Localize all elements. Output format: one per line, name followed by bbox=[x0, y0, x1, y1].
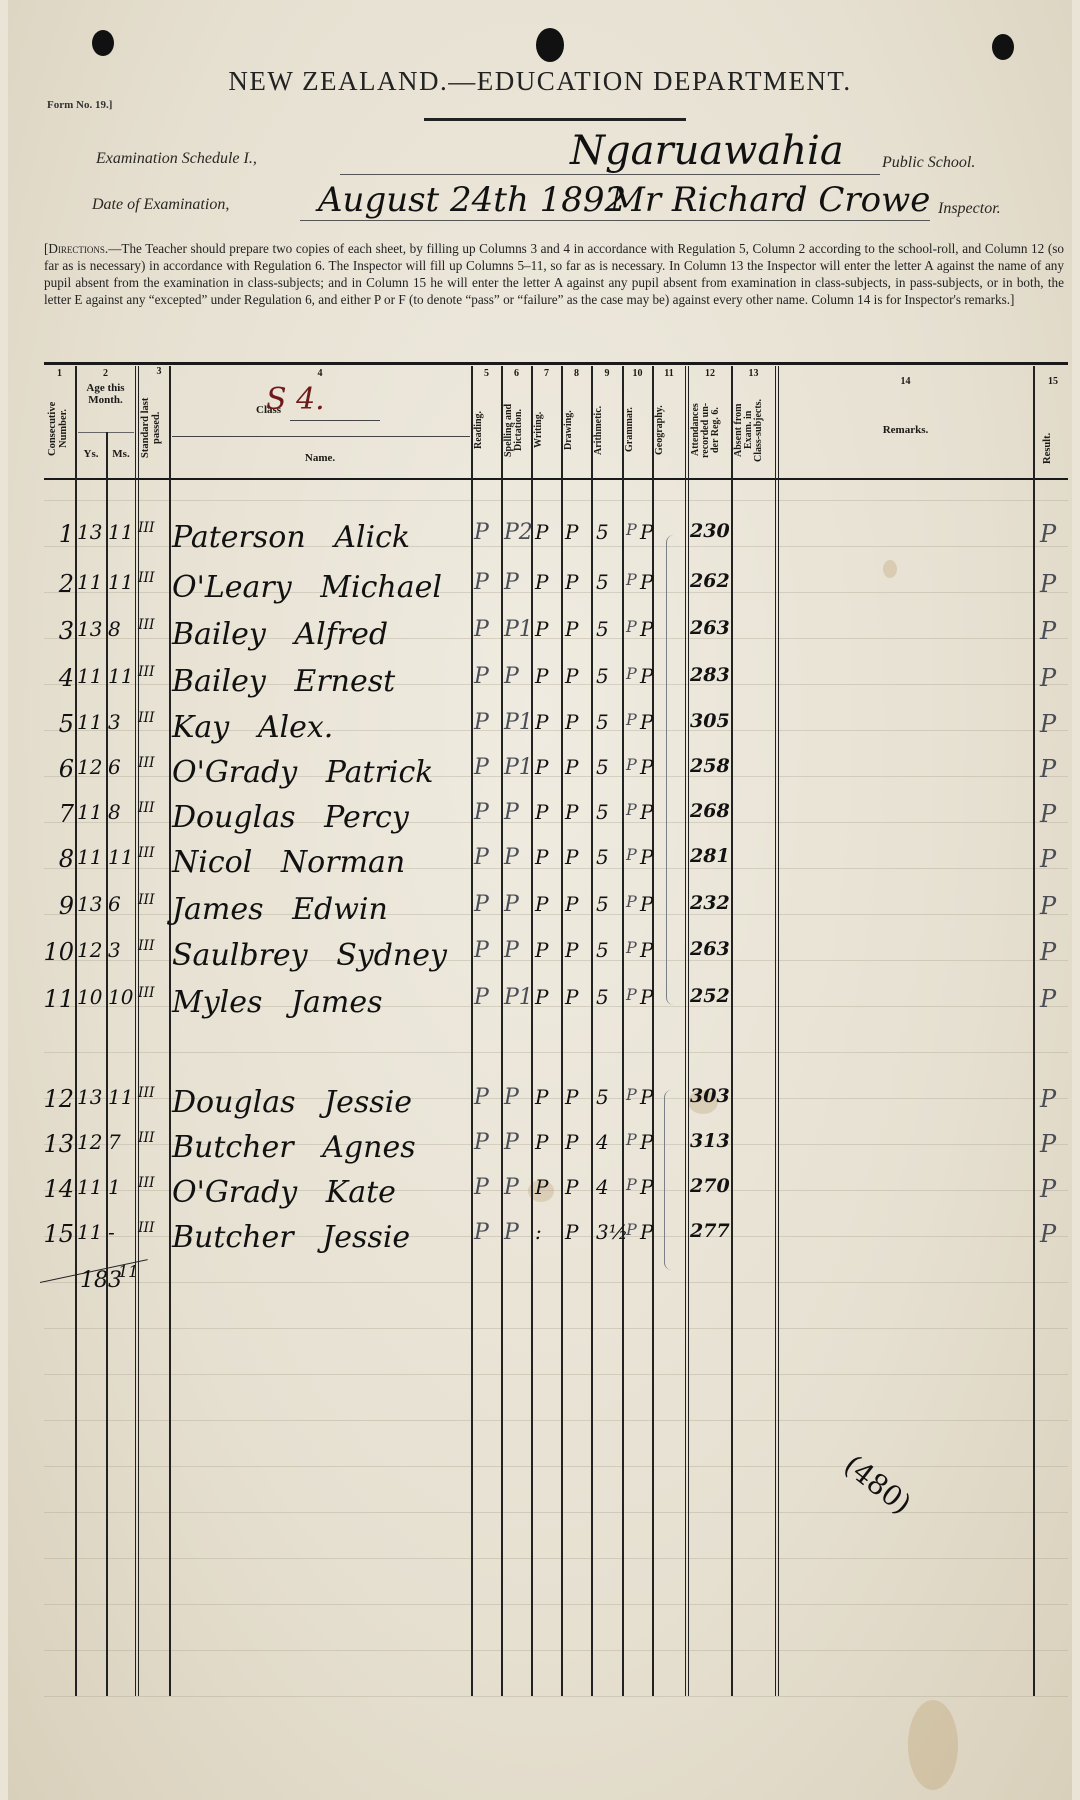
cell-arithmetic: 5 bbox=[596, 1085, 622, 1109]
directions-body: —The Teacher should prepare two copies o… bbox=[44, 241, 1064, 307]
cell-drawing: P bbox=[565, 985, 591, 1009]
date-line bbox=[300, 220, 930, 221]
cell-ms: - bbox=[108, 1220, 134, 1244]
col-divider-11 bbox=[685, 366, 689, 1696]
schedule-label: Examination Schedule I., bbox=[96, 150, 257, 168]
cell-spelling: P bbox=[504, 892, 532, 917]
ruled-line bbox=[44, 500, 1068, 501]
cell-ms: 3 bbox=[108, 938, 134, 962]
cell-arithmetic: 5 bbox=[596, 570, 622, 594]
cell-ys: 11 bbox=[77, 710, 105, 734]
cell-arithmetic: 5 bbox=[596, 800, 622, 824]
cell-name: Myles James bbox=[172, 985, 472, 1020]
binder-hole-icon bbox=[92, 30, 114, 56]
cell-spelling: P bbox=[504, 570, 532, 595]
cell-writing: : bbox=[535, 1220, 561, 1244]
cell-std: III bbox=[138, 664, 168, 680]
cell-std: III bbox=[138, 985, 168, 1001]
cell-spelling: P bbox=[504, 938, 532, 963]
cell-ys: 12 bbox=[77, 1130, 105, 1154]
school-name-field: Ngaruawahia bbox=[570, 128, 844, 174]
cell-no: 8 bbox=[40, 845, 74, 873]
cell-std: III bbox=[138, 938, 168, 954]
col-divider-1 bbox=[75, 366, 77, 1696]
cell-geography: P bbox=[640, 755, 660, 779]
cell-attendances: 283 bbox=[690, 664, 732, 686]
cell-no: 3 bbox=[40, 617, 74, 645]
ruled-line bbox=[44, 1466, 1068, 1467]
col-divider-6 bbox=[531, 366, 533, 1696]
form-number: Form No. 19.] bbox=[47, 99, 112, 111]
cell-ms: 11 bbox=[108, 664, 134, 688]
cell-geography: P bbox=[640, 710, 660, 734]
cell-ms: 11 bbox=[108, 845, 134, 869]
cell-reading: P bbox=[474, 617, 502, 642]
cell-name: Nicol Norman bbox=[172, 845, 472, 880]
cell-ys: 12 bbox=[77, 938, 105, 962]
cell-drawing: P bbox=[565, 1220, 591, 1244]
cell-geography: P bbox=[640, 1220, 660, 1244]
class-name-divider bbox=[172, 436, 470, 437]
col-header-name: Name. bbox=[170, 452, 470, 464]
cell-result: P bbox=[1040, 1085, 1068, 1113]
col-divider-14 bbox=[1033, 366, 1035, 1696]
cell-arithmetic: 5 bbox=[596, 938, 622, 962]
cell-reading: P bbox=[474, 1175, 502, 1200]
cell-drawing: P bbox=[565, 520, 591, 544]
cell-no: 1 bbox=[40, 520, 74, 548]
col-divider-13 bbox=[775, 366, 779, 1696]
cell-arithmetic: 3½ bbox=[596, 1220, 622, 1244]
class-value-line bbox=[290, 420, 380, 421]
cell-reading: P bbox=[474, 664, 502, 689]
col-number-1: 1 bbox=[44, 368, 75, 379]
col-divider-9 bbox=[622, 366, 624, 1696]
cell-geography: P bbox=[640, 1085, 660, 1109]
ruled-line bbox=[44, 1374, 1068, 1375]
cell-spelling: P bbox=[504, 845, 532, 870]
cell-drawing: P bbox=[565, 617, 591, 641]
cell-arithmetic: 5 bbox=[596, 892, 622, 916]
col-header-10: Grammar. bbox=[625, 384, 650, 476]
cell-result: P bbox=[1040, 710, 1068, 738]
cell-reading: P bbox=[474, 938, 502, 963]
cell-ys: 11 bbox=[77, 845, 105, 869]
col-header-12: Attendances recorded un- der Reg. 6. bbox=[691, 384, 729, 476]
cell-std: III bbox=[138, 520, 168, 536]
exam-date-field: August 24th 1892 bbox=[318, 180, 626, 220]
cell-arithmetic: 5 bbox=[596, 845, 622, 869]
cell-ys: 11 bbox=[77, 1175, 105, 1199]
paper-stain bbox=[883, 560, 897, 578]
cell-std: III bbox=[138, 800, 168, 816]
cell-no: 15 bbox=[40, 1220, 74, 1248]
col-header-7: Writing. bbox=[534, 384, 559, 476]
cell-spelling: P bbox=[504, 1130, 532, 1155]
class-value-field: S 4. bbox=[266, 382, 325, 417]
cell-ms: 6 bbox=[108, 755, 134, 779]
cell-ys: 13 bbox=[77, 892, 105, 916]
cell-ys: 13 bbox=[77, 520, 105, 544]
cell-result: P bbox=[1040, 985, 1068, 1013]
cell-drawing: P bbox=[565, 800, 591, 824]
cell-arithmetic: 5 bbox=[596, 710, 622, 734]
cell-no: 12 bbox=[40, 1085, 74, 1113]
page-title: NEW ZEALAND.—EDUCATION DEPARTMENT. bbox=[0, 66, 1080, 97]
col-number-13: 13 bbox=[732, 368, 775, 379]
table-top-rule bbox=[44, 362, 1068, 365]
cell-attendances: 313 bbox=[690, 1130, 732, 1152]
cell-ms: 11 bbox=[108, 1085, 134, 1109]
col-number-12: 12 bbox=[689, 368, 731, 379]
cell-writing: P bbox=[535, 892, 561, 916]
cell-spelling: P1 bbox=[504, 755, 532, 780]
cell-result: P bbox=[1040, 570, 1068, 598]
col-header-remarks: Remarks. bbox=[778, 424, 1033, 436]
cell-spelling: P bbox=[504, 1220, 532, 1245]
col-number-9: 9 bbox=[592, 368, 622, 379]
cell-attendances: 281 bbox=[690, 845, 732, 867]
col-number-2: 2 bbox=[76, 368, 135, 379]
col-divider-5 bbox=[501, 366, 503, 1696]
cell-name: Douglas Percy bbox=[172, 800, 472, 835]
col-number-15: 15 bbox=[1036, 376, 1070, 387]
ruled-line bbox=[44, 1650, 1068, 1651]
cell-std: III bbox=[138, 617, 168, 633]
cell-attendances: 263 bbox=[690, 617, 732, 639]
col-number-6: 6 bbox=[502, 368, 531, 379]
cell-geography: P bbox=[640, 800, 660, 824]
cell-geography: P bbox=[640, 985, 660, 1009]
cell-result: P bbox=[1040, 520, 1068, 548]
cell-ys: 13 bbox=[77, 1085, 105, 1109]
col-header-8: Drawing. bbox=[564, 384, 589, 476]
cell-ms: 11 bbox=[108, 570, 134, 594]
cell-writing: P bbox=[535, 1130, 561, 1154]
cell-attendances: 268 bbox=[690, 800, 732, 822]
cell-std: III bbox=[138, 845, 168, 861]
paper-stain bbox=[908, 1700, 958, 1790]
cell-arithmetic: 5 bbox=[596, 520, 622, 544]
cell-attendances: 270 bbox=[690, 1175, 732, 1197]
cell-ys: 11 bbox=[77, 1220, 105, 1244]
cell-reading: P bbox=[474, 1130, 502, 1155]
cell-no: 14 bbox=[40, 1175, 74, 1203]
cell-no: 9 bbox=[40, 892, 74, 920]
cell-ms: 1 bbox=[108, 1175, 134, 1199]
ruled-line bbox=[44, 1696, 1068, 1697]
cell-no: 5 bbox=[40, 710, 74, 738]
cell-attendances: 303 bbox=[690, 1085, 732, 1107]
col-header-11: Geography. bbox=[655, 384, 683, 476]
date-label: Date of Examination, bbox=[92, 196, 229, 214]
cell-writing: P bbox=[535, 1175, 561, 1199]
cell-writing: P bbox=[535, 755, 561, 779]
cell-ys: 10 bbox=[77, 985, 105, 1009]
cell-drawing: P bbox=[565, 1130, 591, 1154]
cell-no: 10 bbox=[40, 938, 74, 966]
cell-writing: P bbox=[535, 617, 561, 641]
col-header-age: Age this Month. bbox=[76, 382, 135, 406]
header-bottom-rule bbox=[44, 478, 1068, 480]
cell-ys: 11 bbox=[77, 800, 105, 824]
ruled-line bbox=[44, 1604, 1068, 1605]
cell-name: O'Grady Kate bbox=[172, 1175, 472, 1210]
cell-ms: 10 bbox=[108, 985, 134, 1009]
cell-reading: P bbox=[474, 710, 502, 735]
cell-name: O'Leary Michael bbox=[172, 570, 472, 605]
cell-name: Kay Alex. bbox=[172, 710, 472, 745]
col-header-age-years: Ys. bbox=[76, 448, 106, 460]
col-header-age-months: Ms. bbox=[107, 448, 135, 460]
cell-arithmetic: 5 bbox=[596, 617, 622, 641]
col-divider-4 bbox=[471, 366, 473, 1696]
cell-writing: P bbox=[535, 520, 561, 544]
cell-writing: P bbox=[535, 570, 561, 594]
cell-writing: P bbox=[535, 1085, 561, 1109]
col-header-6: Spelling and Dictation. bbox=[504, 384, 529, 476]
cell-geography: P bbox=[640, 1175, 660, 1199]
col-number-7: 7 bbox=[532, 368, 561, 379]
cell-no: 4 bbox=[40, 664, 74, 692]
cell-result: P bbox=[1040, 1220, 1068, 1248]
col-number-4: 4 bbox=[170, 368, 470, 379]
cell-geography: P bbox=[640, 1130, 660, 1154]
col-divider-10 bbox=[652, 366, 654, 1696]
col-divider-3 bbox=[169, 366, 171, 1696]
ruled-line bbox=[44, 1328, 1068, 1329]
cell-name: Paterson Alick bbox=[172, 520, 472, 555]
ruled-line bbox=[44, 1512, 1068, 1513]
cell-writing: P bbox=[535, 845, 561, 869]
cell-geography: P bbox=[640, 520, 660, 544]
cell-drawing: P bbox=[565, 938, 591, 962]
cell-name: Butcher Jessie bbox=[172, 1220, 472, 1255]
cell-no: 11 bbox=[40, 985, 74, 1013]
cell-reading: P bbox=[474, 985, 502, 1010]
cell-attendances: 252 bbox=[690, 985, 732, 1007]
cell-arithmetic: 5 bbox=[596, 664, 622, 688]
cell-ms: 6 bbox=[108, 892, 134, 916]
cell-std: III bbox=[138, 1130, 168, 1146]
cell-attendances: 232 bbox=[690, 892, 732, 914]
bracket-mark bbox=[664, 1090, 679, 1270]
cell-reading: P bbox=[474, 800, 502, 825]
ruled-line bbox=[44, 1052, 1068, 1053]
cell-ys: 11 bbox=[77, 570, 105, 594]
cell-attendances: 258 bbox=[690, 755, 732, 777]
col-header-13: Absent from Exam. in Class-subjects. bbox=[734, 384, 773, 476]
cell-ys: 12 bbox=[77, 755, 105, 779]
cell-ys: 11 bbox=[77, 664, 105, 688]
binder-hole-icon bbox=[992, 34, 1014, 60]
cell-ms: 7 bbox=[108, 1130, 134, 1154]
cell-result: P bbox=[1040, 1130, 1068, 1158]
cell-result: P bbox=[1040, 1175, 1068, 1203]
col-header-9: Arithmetic. bbox=[594, 384, 620, 476]
cell-writing: P bbox=[535, 985, 561, 1009]
cell-drawing: P bbox=[565, 1175, 591, 1199]
cell-drawing: P bbox=[565, 710, 591, 734]
cell-ys: 13 bbox=[77, 617, 105, 641]
cell-writing: P bbox=[535, 710, 561, 734]
col-divider-8 bbox=[591, 366, 593, 1696]
col-number-8: 8 bbox=[562, 368, 591, 379]
age-total-months: 11 bbox=[118, 1262, 138, 1281]
ruled-line bbox=[44, 1282, 1068, 1283]
inspector-suffix: Inspector. bbox=[938, 200, 1001, 218]
cell-std: III bbox=[138, 1085, 168, 1101]
cell-no: 2 bbox=[40, 570, 74, 598]
cell-attendances: 277 bbox=[690, 1220, 732, 1242]
cell-ms: 3 bbox=[108, 710, 134, 734]
cell-spelling: P1 bbox=[504, 710, 532, 735]
cell-result: P bbox=[1040, 938, 1068, 966]
cell-std: III bbox=[138, 1175, 168, 1191]
col-header-standard: Standard last passed. bbox=[140, 380, 168, 476]
cell-spelling: P bbox=[504, 1175, 532, 1200]
cell-std: III bbox=[138, 892, 168, 908]
cell-name: James Edwin bbox=[172, 892, 472, 927]
binder-hole-icon bbox=[536, 28, 564, 62]
col-number-11: 11 bbox=[653, 368, 685, 379]
cell-drawing: P bbox=[565, 845, 591, 869]
cell-std: III bbox=[138, 570, 168, 586]
cell-result: P bbox=[1040, 755, 1068, 783]
col-divider-7 bbox=[561, 366, 563, 1696]
cell-result: P bbox=[1040, 800, 1068, 828]
cell-spelling: P bbox=[504, 1085, 532, 1110]
inspector-name-field: Mr Richard Crowe bbox=[610, 180, 930, 220]
cell-writing: P bbox=[535, 938, 561, 962]
cell-std: III bbox=[138, 710, 168, 726]
cell-ms: 8 bbox=[108, 800, 134, 824]
cell-drawing: P bbox=[565, 570, 591, 594]
cell-no: 6 bbox=[40, 755, 74, 783]
age-total-years: 183 bbox=[80, 1268, 122, 1293]
col-header-consecutive-number: Consecutive Number. bbox=[47, 384, 73, 474]
col-header-5: Reading. bbox=[474, 384, 499, 476]
cell-name: Bailey Alfred bbox=[172, 617, 472, 652]
cell-arithmetic: 4 bbox=[596, 1130, 622, 1154]
cell-arithmetic: 5 bbox=[596, 755, 622, 779]
cell-geography: P bbox=[640, 845, 660, 869]
ruled-line bbox=[44, 1558, 1068, 1559]
cell-geography: P bbox=[640, 892, 660, 916]
cell-drawing: P bbox=[565, 892, 591, 916]
cell-geography: P bbox=[640, 664, 660, 688]
directions-lead: [Directions. bbox=[44, 241, 108, 256]
col-number-3: 3 bbox=[150, 366, 168, 377]
cell-writing: P bbox=[535, 664, 561, 688]
cell-reading: P bbox=[474, 1220, 502, 1245]
cell-std: III bbox=[138, 1220, 168, 1236]
cell-name: Bailey Ernest bbox=[172, 664, 472, 699]
cell-name: O'Grady Patrick bbox=[172, 755, 472, 790]
cell-no: 7 bbox=[40, 800, 74, 828]
cell-no: 13 bbox=[40, 1130, 74, 1158]
cell-ms: 11 bbox=[108, 520, 134, 544]
cell-reading: P bbox=[474, 755, 502, 780]
cell-attendances: 262 bbox=[690, 570, 732, 592]
cell-drawing: P bbox=[565, 664, 591, 688]
cell-reading: P bbox=[474, 892, 502, 917]
cell-attendances: 305 bbox=[690, 710, 732, 732]
col-header-result: Result. bbox=[1042, 420, 1062, 476]
cell-spelling: P bbox=[504, 800, 532, 825]
col-number-14: 14 bbox=[778, 376, 1033, 387]
cell-attendances: 263 bbox=[690, 938, 732, 960]
cell-reading: P bbox=[474, 1085, 502, 1110]
school-suffix: Public School. bbox=[882, 154, 975, 172]
cell-drawing: P bbox=[565, 755, 591, 779]
cell-spelling: P1 bbox=[504, 985, 532, 1010]
cell-std: III bbox=[138, 755, 168, 771]
cell-writing: P bbox=[535, 800, 561, 824]
cell-spelling: P1 bbox=[504, 617, 532, 642]
col-divider-12 bbox=[731, 366, 733, 1696]
cell-arithmetic: 4 bbox=[596, 1175, 622, 1199]
cell-attendances: 230 bbox=[690, 520, 732, 542]
cell-geography: P bbox=[640, 617, 660, 641]
cell-arithmetic: 5 bbox=[596, 985, 622, 1009]
cell-result: P bbox=[1040, 845, 1068, 873]
title-rule bbox=[424, 118, 686, 121]
col-divider-2 bbox=[135, 366, 139, 1696]
cell-spelling: P2 bbox=[504, 520, 532, 545]
cell-reading: P bbox=[474, 520, 502, 545]
ruled-line bbox=[44, 1420, 1068, 1421]
school-name-line bbox=[340, 174, 880, 175]
cell-geography: P bbox=[640, 570, 660, 594]
cell-name: Butcher Agnes bbox=[172, 1130, 472, 1165]
cell-geography: P bbox=[640, 938, 660, 962]
cell-spelling: P bbox=[504, 664, 532, 689]
cell-reading: P bbox=[474, 570, 502, 595]
cell-name: Douglas Jessie bbox=[172, 1085, 472, 1120]
directions-text: [Directions.—The Teacher should prepare … bbox=[44, 240, 1064, 308]
bracket-mark bbox=[666, 535, 681, 1005]
cell-drawing: P bbox=[565, 1085, 591, 1109]
cell-name: Saulbrey Sydney bbox=[172, 938, 472, 973]
cell-result: P bbox=[1040, 892, 1068, 920]
cell-reading: P bbox=[474, 845, 502, 870]
cell-ms: 8 bbox=[108, 617, 134, 641]
cell-result: P bbox=[1040, 664, 1068, 692]
col-number-10: 10 bbox=[623, 368, 652, 379]
col-number-5: 5 bbox=[472, 368, 501, 379]
cell-result: P bbox=[1040, 617, 1068, 645]
